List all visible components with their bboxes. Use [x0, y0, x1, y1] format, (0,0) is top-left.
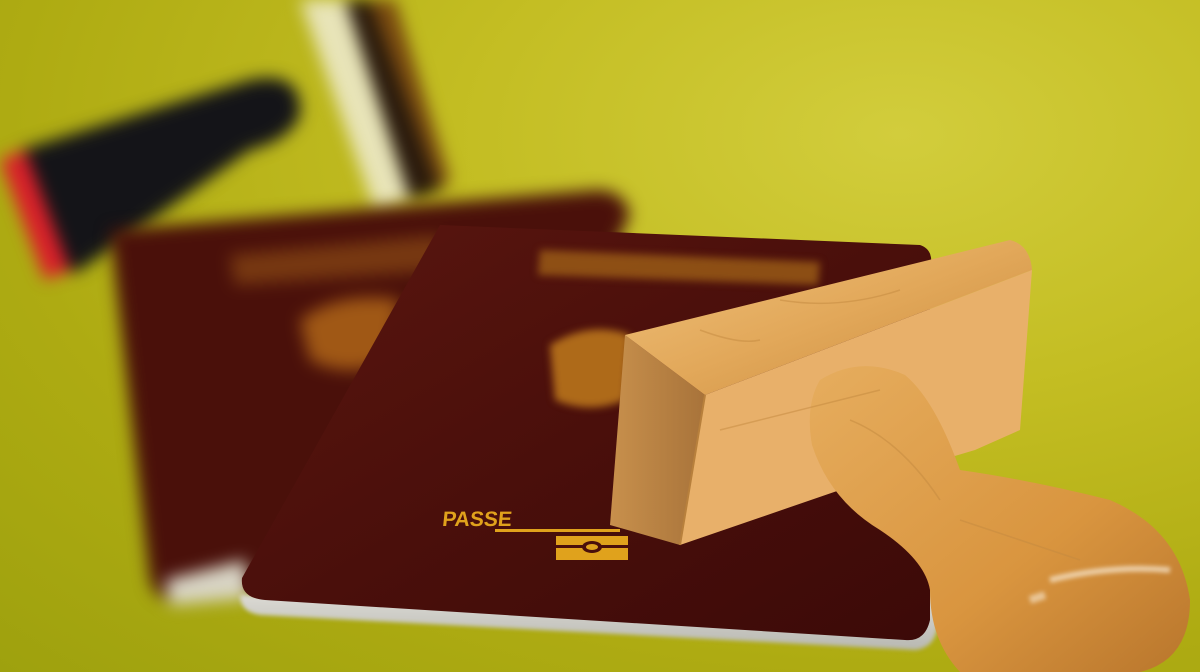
biometric-chip-icon [556, 536, 628, 560]
scene-illustration: PASSE [0, 0, 1200, 672]
photo-scene: PASSE [0, 0, 1200, 672]
passport-cover-text: PASSE [441, 508, 513, 531]
